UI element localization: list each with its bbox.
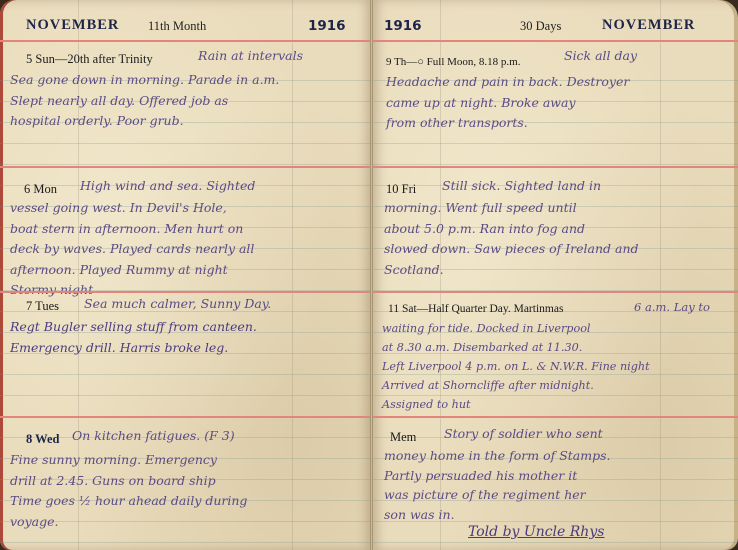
day-label: 7 Tues xyxy=(26,299,59,314)
left-page: NOVEMBER 11th Month 1916 5 Sun—20th afte… xyxy=(0,0,372,550)
diary-spread: NOVEMBER 11th Month 1916 5 Sun—20th afte… xyxy=(0,0,738,550)
diary-entry-nov-11: 11 Sat—Half Quarter Day. Martinmas 6 a.m… xyxy=(372,293,738,413)
day-label: 9 Th—○ Full Moon, 8.18 p.m. xyxy=(386,54,520,69)
entry-first-line: Still sick. Sighted land in xyxy=(442,178,601,193)
diary-entry-nov-10: 10 Fri Still sick. Sighted land in morni… xyxy=(372,168,738,286)
entry-first-line: Story of soldier who sent xyxy=(444,426,603,441)
header-rule xyxy=(0,40,372,42)
day-label: 6 Mon xyxy=(24,182,57,197)
entry-text: Regt Bugler selling stuff from canteen. … xyxy=(10,317,360,358)
entry-first-line: Sea much calmer, Sunny Day. xyxy=(84,296,271,311)
diary-entry-nov-6: 6 Mon High wind and sea. Sighted vessel … xyxy=(0,168,372,286)
day-label-text: 9 Th—○ Full Moon, 8.18 p.m. xyxy=(386,56,520,68)
entry-text: waiting for tide. Docked in Liverpool at… xyxy=(382,319,734,414)
left-page-header: NOVEMBER 11th Month 1916 xyxy=(0,14,372,38)
right-page-header: 1916 30 Days NOVEMBER xyxy=(372,14,738,38)
diary-entry-nov-7: 7 Tues Sea much calmer, Sunny Day. Regt … xyxy=(0,293,372,405)
diary-memo: Mem Story of soldier who sent money home… xyxy=(372,418,738,550)
day-label: 10 Fri xyxy=(386,182,416,197)
month-heading: NOVEMBER xyxy=(26,17,119,34)
header-rule xyxy=(372,40,738,42)
entry-first-line: Sick all day xyxy=(564,48,637,63)
diary-entry-nov-8: 8 Wed On kitchen fatigues. (F 3) Fine su… xyxy=(0,418,372,550)
year-heading: 1916 xyxy=(384,18,422,34)
entry-text: Fine sunny morning. Emergency drill at 2… xyxy=(10,450,365,532)
entry-first-line: High wind and sea. Sighted xyxy=(80,178,255,193)
entry-text: money home in the form of Stamps. Partly… xyxy=(384,446,729,524)
entry-text: morning. Went full speed until about 5.0… xyxy=(384,198,729,280)
diary-entry-nov-5: 5 Sun—20th after Trinity Rain at interva… xyxy=(0,44,372,164)
month-subtitle: 11th Month xyxy=(148,19,206,34)
memo-label: Mem xyxy=(390,430,416,445)
diary-entry-nov-9: 9 Th—○ Full Moon, 8.18 p.m. Sick all day… xyxy=(372,44,738,164)
entry-text: Headache and pain in back. Destroyer cam… xyxy=(386,72,726,134)
month-heading: NOVEMBER xyxy=(602,17,695,34)
month-subtitle: 30 Days xyxy=(520,19,561,34)
memo-signoff: Told by Uncle Rhys xyxy=(468,524,604,540)
entry-text: Sea gone down in morning. Parade in a.m.… xyxy=(10,70,360,132)
entry-first-line: 6 a.m. Lay to xyxy=(634,300,710,314)
day-label: 8 Wed xyxy=(26,432,59,447)
day-label: 11 Sat—Half Quarter Day. Martinmas xyxy=(388,303,563,315)
day-label: 5 Sun—20th after Trinity xyxy=(26,52,153,67)
book-gutter xyxy=(370,0,373,550)
entry-first-line: Rain at intervals xyxy=(198,48,303,63)
right-page: 1916 30 Days NOVEMBER 9 Th—○ Full Moon, … xyxy=(372,0,738,550)
entry-text: vessel going west. In Devil's Hole, boat… xyxy=(10,198,360,301)
entry-first-line: On kitchen fatigues. (F 3) xyxy=(72,428,235,443)
year-heading: 1916 xyxy=(308,18,346,34)
